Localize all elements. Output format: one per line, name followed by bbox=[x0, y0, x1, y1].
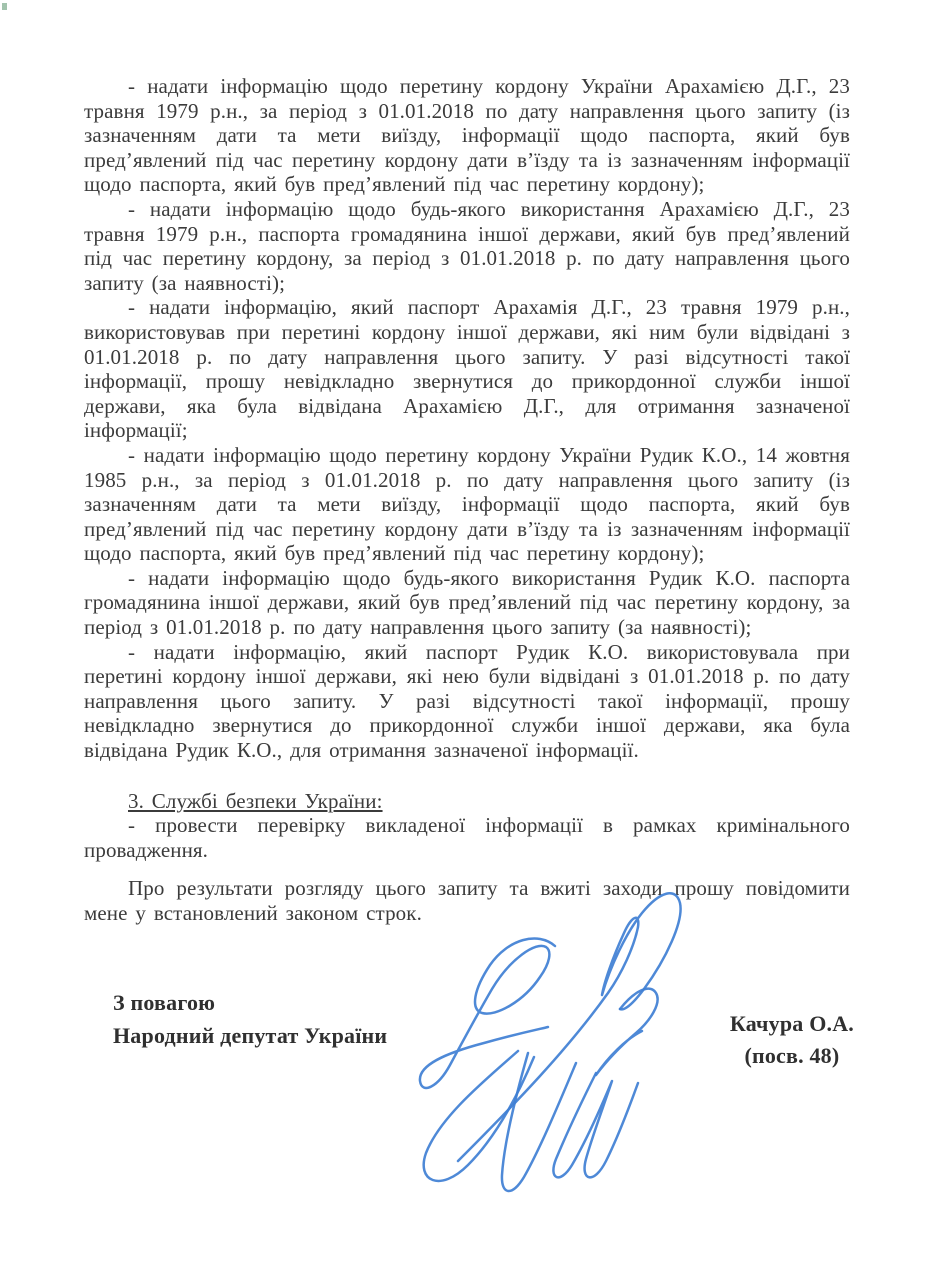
request-paragraph: - надати інформацію щодо будь-якого вико… bbox=[84, 197, 850, 295]
letter-body: - надати інформацію щодо перетину кордон… bbox=[84, 74, 850, 926]
signoff-respect: З повагою bbox=[113, 986, 387, 1019]
signature-ink bbox=[398, 843, 728, 1213]
section-heading: 3. Службі безпеки України: bbox=[84, 789, 850, 814]
signatory-block: Качура О.А. (посв. 48) bbox=[730, 1008, 854, 1072]
document-page: - надати інформацію щодо перетину кордон… bbox=[0, 0, 930, 1280]
request-paragraph: - надати інформацію, який паспорт Рудик … bbox=[84, 640, 850, 763]
request-paragraph: - надати інформацію щодо будь-якого вико… bbox=[84, 566, 850, 640]
request-paragraph: - надати інформацію щодо перетину кордон… bbox=[84, 443, 850, 566]
scan-artifact bbox=[2, 3, 7, 10]
signoff-block: З повагою Народний депутат України bbox=[113, 986, 387, 1052]
request-paragraph: - надати інформацію щодо перетину кордон… bbox=[84, 74, 850, 197]
signatory-credential: (посв. 48) bbox=[730, 1040, 854, 1072]
signoff-title: Народний депутат України bbox=[113, 1019, 387, 1052]
signatory-name: Качура О.А. bbox=[730, 1008, 854, 1040]
request-paragraph: - надати інформацію, який паспорт Арахам… bbox=[84, 295, 850, 443]
section-heading-text: 3. Службі безпеки України: bbox=[128, 789, 383, 813]
